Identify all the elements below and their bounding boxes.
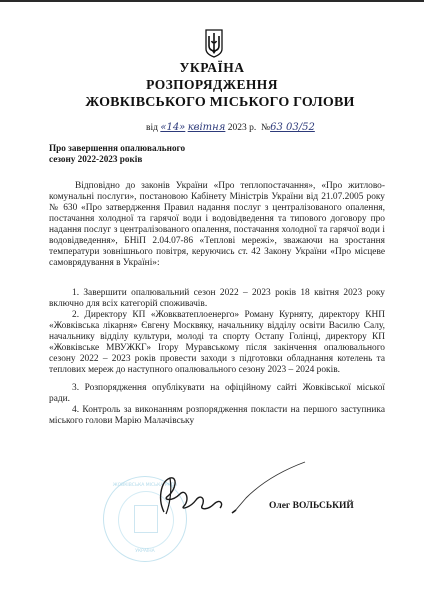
date-month: квітня [188,122,226,133]
date-prefix: від [146,123,158,133]
order-item-2: 2. Директору КП «Жовкватеплоенерго» Рома… [49,310,385,376]
order-subject: Про завершення опалювального сезону 2022… [49,143,185,165]
order-item-1: 1. Завершити опалювальний сезон 2022 – 2… [49,288,385,310]
subject-line-2: сезону 2022-2023 років [49,154,185,165]
preamble-text: Відповідно до законів України «Про тепло… [49,181,385,269]
date-number-line: від «14» квітня 2023 р. №63 03/52 [146,122,315,133]
handwritten-signature-icon [150,460,310,530]
header-issuer: ЖОВКІВСЬКОГО МІСЬКОГО ГОЛОВИ [8,95,424,111]
date-year: 2023 р. [228,123,257,133]
number-label: № [261,123,270,133]
scan-edge-line [0,0,424,2]
order-number: 63 03/52 [270,122,315,133]
preamble: Відповідно до законів України «Про тепло… [49,181,385,269]
date-day: «14» [160,122,185,133]
subject-line-1: Про завершення опалювального [49,143,185,154]
header-country: УКРАЇНА [0,60,424,76]
header-doc-type: РОЗПОРЯДЖЕННЯ [0,77,424,93]
order-items: 1. Завершити опалювальний сезон 2022 – 2… [49,288,385,427]
document-page: УКРАЇНА РОЗПОРЯДЖЕННЯ ЖОВКІВСЬКОГО МІСЬК… [0,0,424,600]
order-item-3: 3. Розпорядження опублікувати на офіційн… [49,383,385,405]
stamp-bottom-text: УКРАЇНА [104,549,186,554]
order-item-4: 4. Контроль за виконанням розпорядження … [49,405,385,427]
coat-of-arms-icon [205,29,223,58]
signer-name: Олег ВОЛЬСЬКИЙ [269,501,354,511]
